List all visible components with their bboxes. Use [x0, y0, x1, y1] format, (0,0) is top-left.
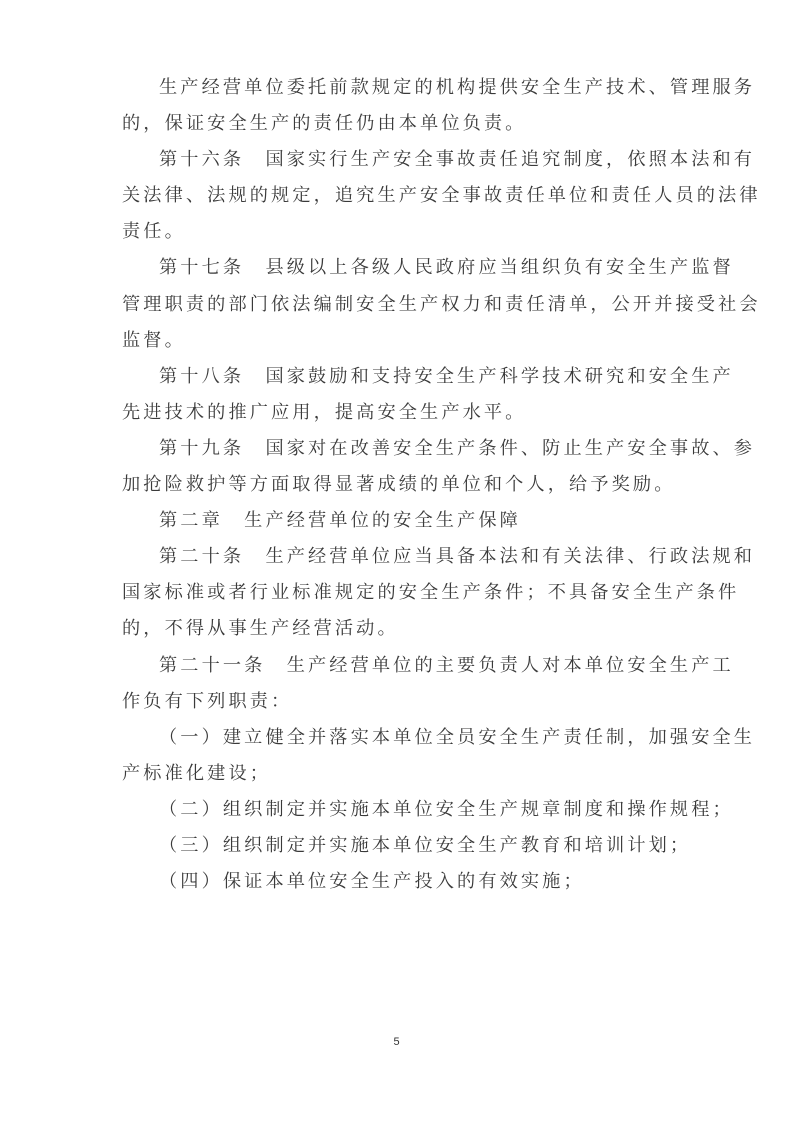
list-item-1: （一）建立健全并落实本单位全员安全生产责任制，加强安全生 — [122, 720, 674, 756]
document-page: 生产经营单位委托前款规定的机构提供安全生产技术、管理服务 的，保证安全生产的责任… — [0, 0, 793, 1122]
paragraph-line: 生产经营单位委托前款规定的机构提供安全生产技术、管理服务 — [122, 70, 674, 106]
paragraph-line: 监督。 — [122, 323, 674, 359]
article-18-line: 第十八条 国家鼓励和支持安全生产科学技术研究和安全生产 — [122, 359, 674, 395]
article-21-line: 第二十一条 生产经营单位的主要负责人对本单位安全生产工 — [122, 648, 674, 684]
paragraph-line: 管理职责的部门依法编制安全生产权力和责任清单，公开并接受社会 — [122, 287, 674, 323]
paragraph-line: 责任。 — [122, 214, 674, 250]
paragraph-line: 国家标准或者行业标准规定的安全生产条件；不具备安全生产条件 — [122, 575, 674, 611]
list-item-4: （四）保证本单位安全生产投入的有效实施； — [122, 864, 674, 900]
list-item-2: （二）组织制定并实施本单位安全生产规章制度和操作规程； — [122, 792, 674, 828]
paragraph-line: 的，不得从事生产经营活动。 — [122, 611, 674, 647]
paragraph-line: 加抢险救护等方面取得显著成绩的单位和个人，给予奖励。 — [122, 467, 674, 503]
document-body: 生产经营单位委托前款规定的机构提供安全生产技术、管理服务 的，保证安全生产的责任… — [122, 70, 674, 900]
page-number: 5 — [0, 1036, 793, 1048]
paragraph-line: 产标准化建设； — [122, 756, 674, 792]
paragraph-line: 的，保证安全生产的责任仍由本单位负责。 — [122, 106, 674, 142]
paragraph-line: 关法律、法规的规定，追究生产安全事故责任单位和责任人员的法律 — [122, 178, 674, 214]
article-19-line: 第十九条 国家对在改善安全生产条件、防止生产安全事故、参 — [122, 431, 674, 467]
chapter-heading: 第二章 生产经营单位的安全生产保障 — [122, 503, 674, 539]
article-16-line: 第十六条 国家实行生产安全事故责任追究制度，依照本法和有 — [122, 142, 674, 178]
article-17-line: 第十七条 县级以上各级人民政府应当组织负有安全生产监督 — [122, 250, 674, 286]
list-item-3: （三）组织制定并实施本单位安全生产教育和培训计划； — [122, 828, 674, 864]
paragraph-line: 作负有下列职责： — [122, 684, 674, 720]
article-20-line: 第二十条 生产经营单位应当具备本法和有关法律、行政法规和 — [122, 539, 674, 575]
paragraph-line: 先进技术的推广应用，提高安全生产水平。 — [122, 395, 674, 431]
